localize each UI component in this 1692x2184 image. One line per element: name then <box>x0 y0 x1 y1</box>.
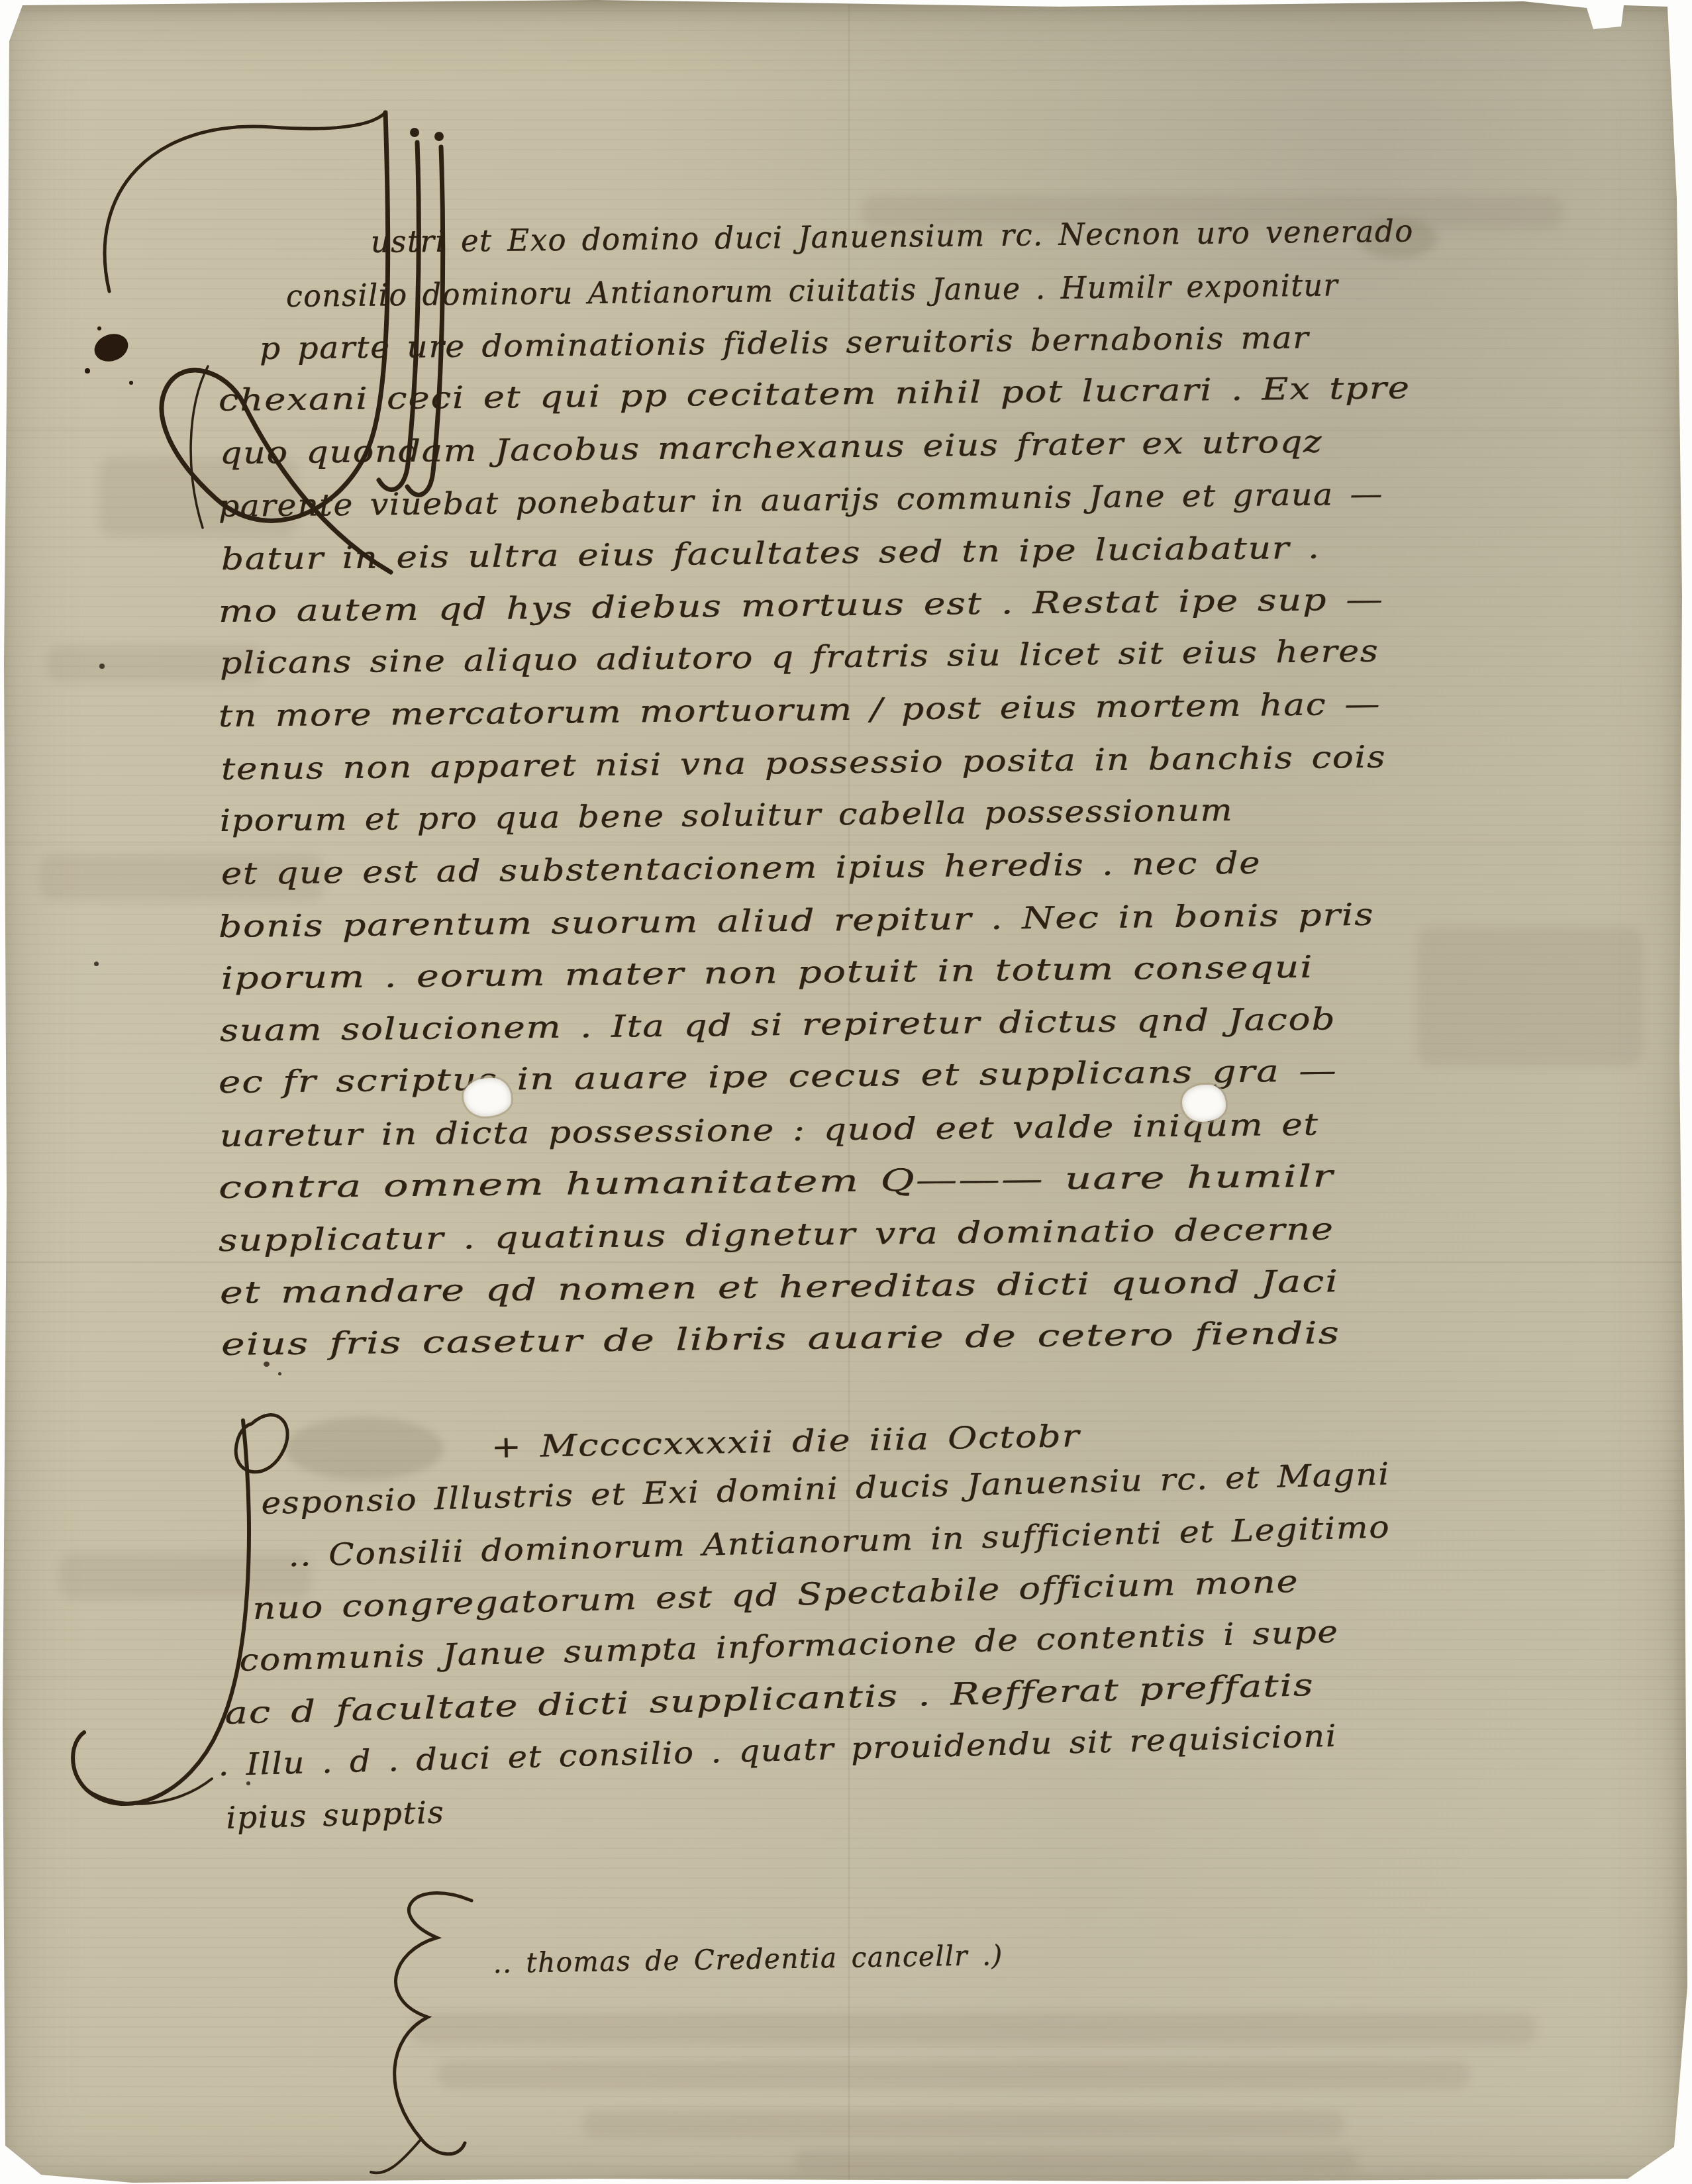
ink-speck <box>278 1372 281 1375</box>
stain-blotch <box>285 1417 444 1480</box>
ink-blot <box>91 329 132 366</box>
signature-paraph <box>358 1874 517 2184</box>
ink-speck <box>99 664 105 669</box>
margin-flourish <box>180 361 220 533</box>
manuscript-scan: ustri et Exo domino duci Januensium rc. … <box>0 0 1692 2184</box>
show-through-smudge <box>411 2013 1536 2045</box>
response-text-line: ipius supptis <box>226 1794 445 1836</box>
parchment-hole <box>1182 1085 1226 1122</box>
ink-speck <box>246 1781 250 1785</box>
show-through-smudge <box>583 2111 1344 2138</box>
parchment-page: ustri et Exo domino duci Januensium rc. … <box>0 0 1692 2184</box>
show-through-smudge <box>437 2061 1470 2089</box>
fold-crease <box>0 1261 1692 1264</box>
show-through-smudge <box>795 2150 1358 2172</box>
ink-speck <box>94 962 99 966</box>
parchment-hole <box>464 1078 511 1117</box>
ink-speck <box>264 1362 270 1367</box>
fold-crease <box>0 841 1692 844</box>
show-through-smudge <box>1417 927 1642 1066</box>
